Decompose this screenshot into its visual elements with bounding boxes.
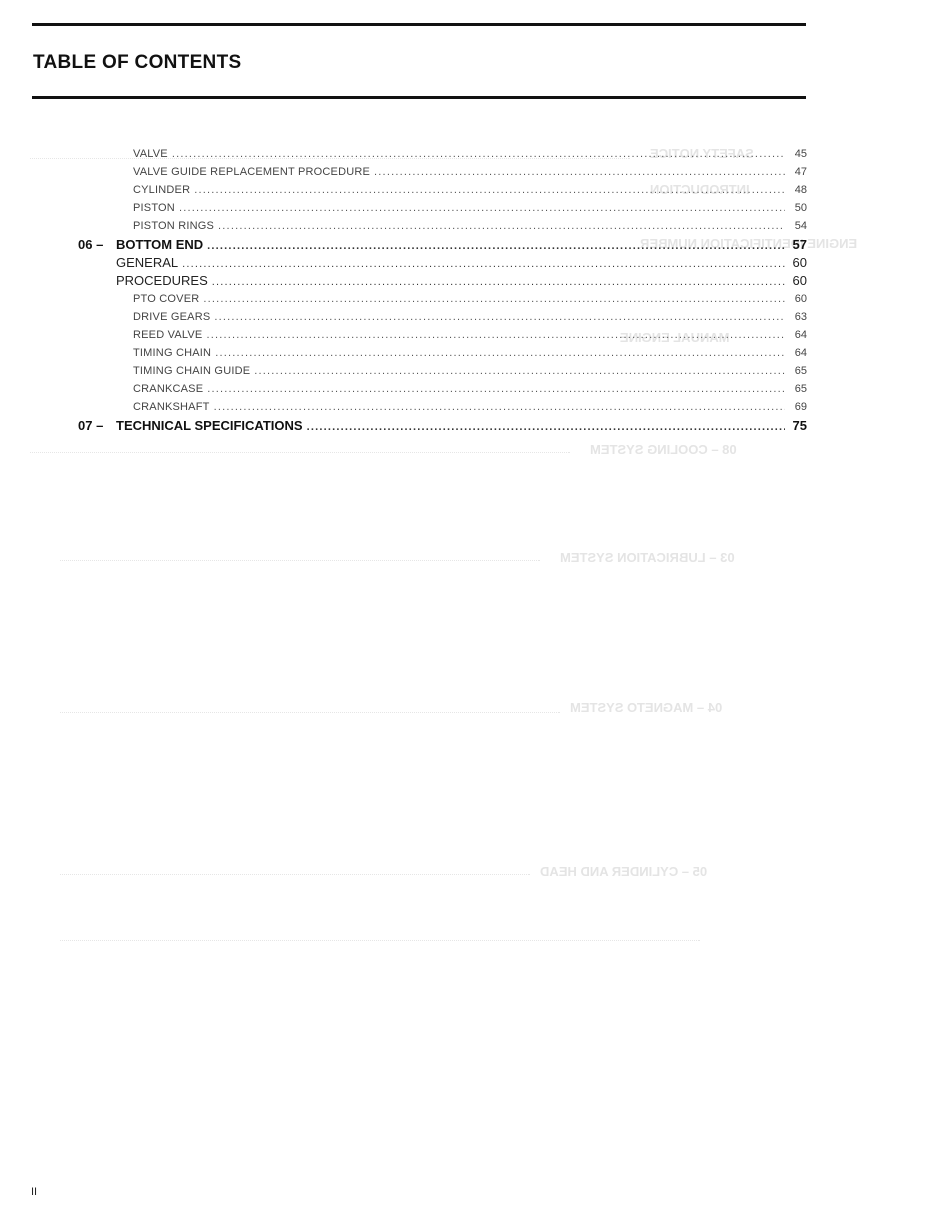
toc-entry-label: PROCEDURES	[116, 272, 208, 290]
header-rule-bottom	[32, 96, 806, 99]
dot-leader	[218, 217, 785, 235]
dot-leader	[215, 344, 785, 362]
toc-entry[interactable]: PTO COVER60	[133, 290, 807, 308]
toc-entry[interactable]: DRIVE GEARS63	[133, 308, 807, 326]
toc-entry-page: 64	[789, 326, 807, 344]
dot-leader	[254, 362, 785, 380]
toc-entry[interactable]: PROCEDURES60	[116, 272, 807, 290]
toc-entry-label: CRANKCASE	[133, 380, 203, 398]
toc-entry-page: 60	[789, 290, 807, 308]
toc-entry-label: GENERAL	[116, 254, 178, 272]
dot-leader	[214, 398, 785, 416]
toc-entry-page: 69	[789, 398, 807, 416]
toc-entry[interactable]: PISTON50	[133, 199, 807, 217]
toc-entry-label: TIMING CHAIN GUIDE	[133, 362, 250, 380]
toc-entry[interactable]: GENERAL60	[116, 254, 807, 272]
toc-entry[interactable]: 06 –BOTTOM END57	[78, 236, 807, 254]
toc-entry-label: TIMING CHAIN	[133, 344, 211, 362]
toc-entry-page: 60	[789, 272, 807, 290]
toc-entry-page: 54	[789, 217, 807, 235]
dot-leader	[206, 326, 785, 344]
toc-entry-page: 64	[789, 344, 807, 362]
dot-leader	[203, 290, 785, 308]
toc-entry[interactable]: 07 –TECHNICAL SPECIFICATIONS75	[78, 417, 807, 435]
toc-entry[interactable]: VALVE GUIDE REPLACEMENT PROCEDURE47	[133, 163, 807, 181]
toc-entry-label: REED VALVE	[133, 326, 202, 344]
dot-leader	[212, 273, 785, 291]
toc-entry[interactable]: REED VALVE64	[133, 326, 807, 344]
toc-entry-label: PTO COVER	[133, 290, 199, 308]
dot-leader	[172, 145, 785, 163]
dot-leader	[182, 255, 785, 273]
toc-entry-number: 06 –	[78, 236, 116, 254]
toc-entry-label: TECHNICAL SPECIFICATIONS	[116, 417, 303, 435]
toc-entry[interactable]: CRANKSHAFT69	[133, 398, 807, 416]
dot-leader	[207, 237, 785, 255]
toc-entry-label: DRIVE GEARS	[133, 308, 210, 326]
toc-entry-page: 63	[789, 308, 807, 326]
toc-entry[interactable]: TIMING CHAIN GUIDE65	[133, 362, 807, 380]
toc-entry-page: 45	[789, 145, 807, 163]
dot-leader	[194, 181, 785, 199]
toc-entry-number: 07 –	[78, 417, 116, 435]
header-rule-top	[32, 23, 806, 26]
toc-entry[interactable]: TIMING CHAIN64	[133, 344, 807, 362]
toc-entry[interactable]: VALVE45	[133, 145, 807, 163]
page-number: II	[31, 1186, 37, 1198]
dot-leader	[374, 163, 785, 181]
dot-leader	[307, 418, 785, 436]
toc-entry-page: 65	[789, 362, 807, 380]
dot-leader	[179, 199, 785, 217]
toc-entry-label: VALVE	[133, 145, 168, 163]
toc-entry-page: 48	[789, 181, 807, 199]
toc-entry-label: PISTON	[133, 199, 175, 217]
toc-entry-page: 65	[789, 380, 807, 398]
toc-entry-page: 47	[789, 163, 807, 181]
toc-entry[interactable]: CYLINDER48	[133, 181, 807, 199]
page-title: TABLE OF CONTENTS	[33, 52, 241, 74]
toc-entry-label: VALVE GUIDE REPLACEMENT PROCEDURE	[133, 163, 370, 181]
dot-leader	[214, 308, 785, 326]
toc-entry-label: BOTTOM END	[116, 236, 203, 254]
toc-entry-label: CYLINDER	[133, 181, 190, 199]
toc-entry-page: 60	[789, 254, 807, 272]
toc-entry-label: PISTON RINGS	[133, 217, 214, 235]
toc-entry-page: 75	[789, 417, 807, 435]
toc-entry[interactable]: PISTON RINGS54	[133, 217, 807, 235]
toc-entry-page: 57	[789, 236, 807, 254]
toc-entry-label: CRANKSHAFT	[133, 398, 210, 416]
toc-entry[interactable]: CRANKCASE65	[133, 380, 807, 398]
toc-entry-page: 50	[789, 199, 807, 217]
dot-leader	[207, 380, 785, 398]
